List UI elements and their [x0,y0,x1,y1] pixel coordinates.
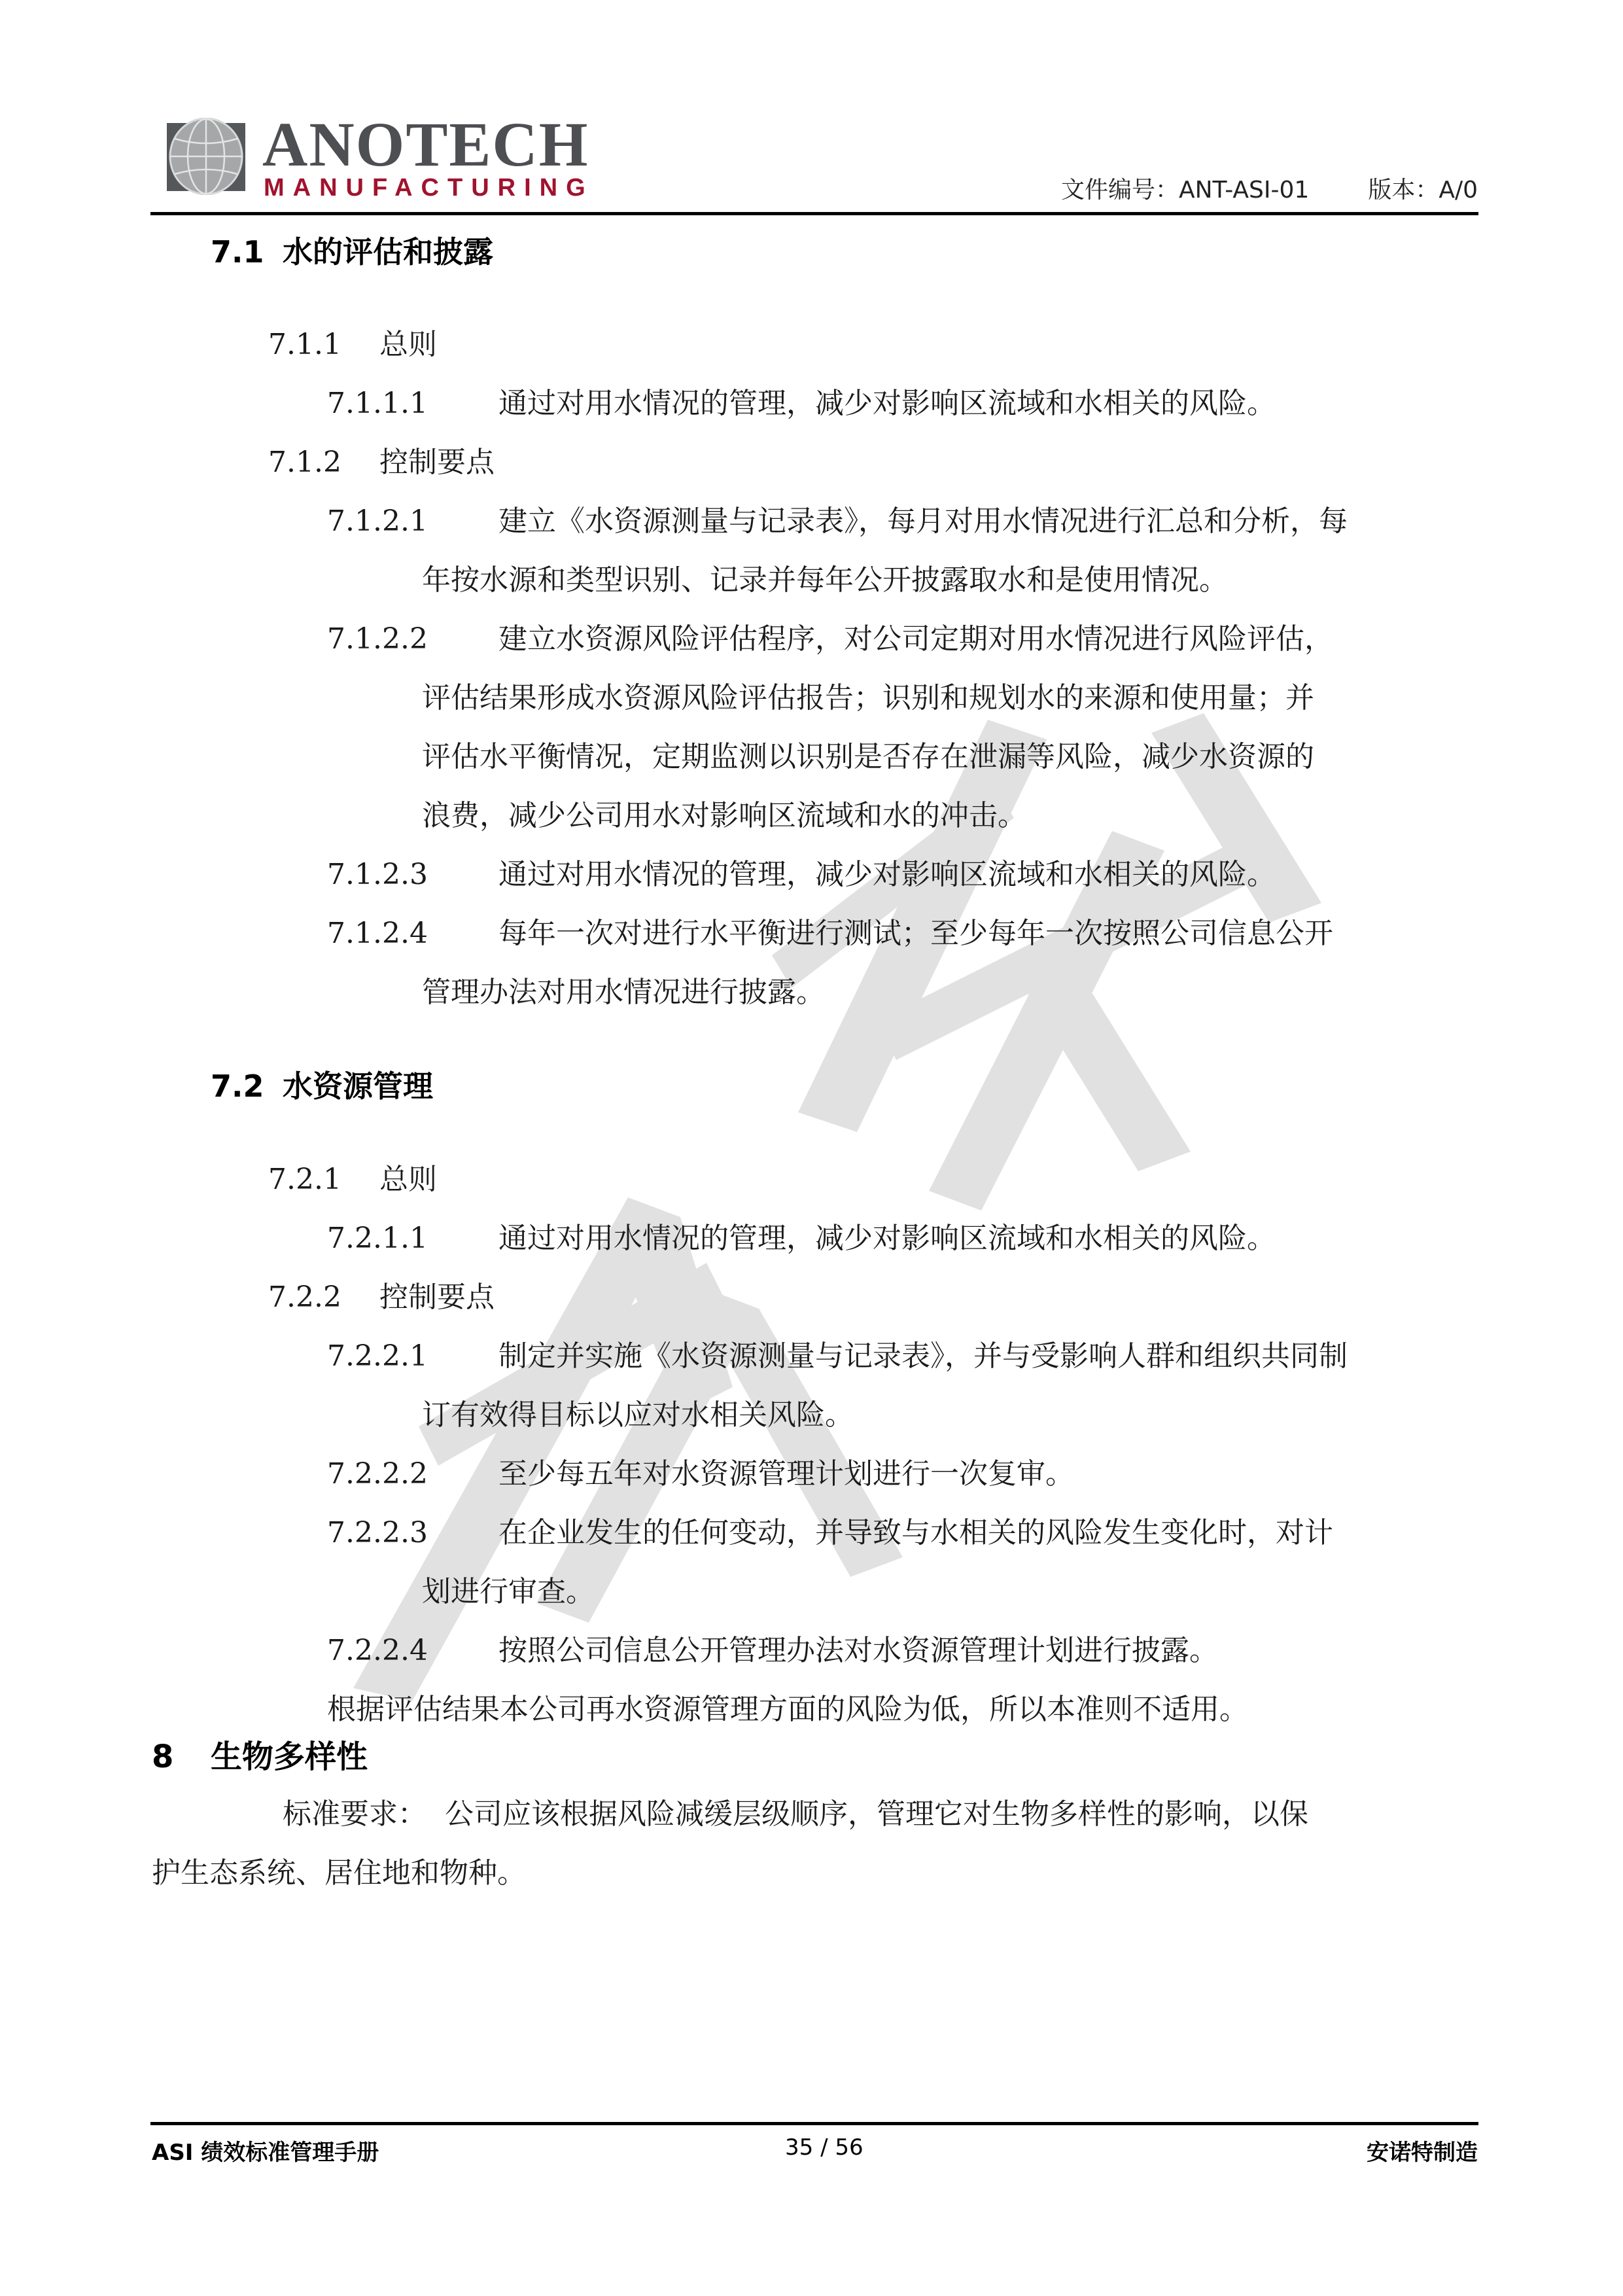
logo-wordmark: ANOTECH [262,112,589,177]
clause-7-2-2-1: 7.2.2.1制定并实施《水资源测量与记录表》，并与受影响人群和组织共同制 [327,1337,1348,1376]
clause-7-1-2-2-cont-2: 评估水平衡情况，定期监测以识别是否存在泄漏等风险，减少水资源的 [422,737,1314,777]
clause-7-1-2-4: 7.1.2.4每年一次对进行水平衡进行测试；至少每年一次按照公司信息公开 [327,914,1333,953]
section-8-requirement: 标准要求： 公司应该根据风险减缓层级顺序，管理它对生物多样性的影响，以保 [283,1795,1308,1834]
clause-7-2-1-1: 7.2.1.1通过对用水情况的管理，减少对影响区流域和水相关的风险。 [327,1219,1276,1258]
doc-number: ANT-ASI-01 [1179,177,1309,203]
version-value: A/0 [1439,177,1478,203]
section-heading-7-2: 7.2水资源管理 [211,1067,433,1106]
footer-manual-title: ASI 绩效标准管理手册 [152,2134,379,2166]
company-logo: ANOTECH MANUFACTURING [167,115,585,200]
section-8-requirement-cont: 护生态系统、居住地和物种。 [152,1854,526,1893]
subsection-heading-7-1-2: 7.1.2控制要点 [268,443,495,482]
header-divider [150,212,1478,215]
doc-number-label: 文件编号： [1061,177,1179,203]
clause-7-2-2-4: 7.2.2.4按照公司信息公开管理办法对水资源管理计划进行披露。 [327,1631,1218,1670]
clause-7-1-2-1-cont: 年按水源和类型识别、记录并每年公开披露取水和是使用情况。 [422,561,1228,600]
clause-7-1-2-3: 7.1.2.3通过对用水情况的管理，减少对影响区流域和水相关的风险。 [327,855,1276,894]
page-number: 35 / 56 [785,2134,864,2161]
logo-subtitle: MANUFACTURING [264,175,594,201]
document-meta: 文件编号：ANT-ASI-01版本：A/0 [1061,171,1478,205]
clause-7-1-2-2-cont-3: 浪费，减少公司用水对影响区流域和水的冲击。 [422,796,1026,836]
clause-7-1-2-4-cont: 管理办法对用水情况进行披露。 [422,973,825,1012]
section-heading-8: 8生物多样性 [152,1737,368,1776]
globe-icon [167,118,245,195]
clause-7-1-2-2: 7.1.2.2建立水资源风险评估程序，对公司定期对用水情况进行风险评估， [327,620,1333,659]
clause-7-2-2-3-cont: 划进行审查。 [422,1572,595,1612]
clause-7-2-2-2: 7.2.2.2至少每五年对水资源管理计划进行一次复审。 [327,1455,1074,1494]
clause-7-1-1-1: 7.1.1.1通过对用水情况的管理，减少对影响区流域和水相关的风险。 [327,384,1276,423]
subsection-heading-7-2-2: 7.2.2控制要点 [268,1278,495,1317]
footer-company-name: 安诺特制造 [1367,2134,1478,2166]
clause-7-1-2-1: 7.1.2.1建立《水资源测量与记录表》，每月对用水情况进行汇总和分析，每 [327,502,1348,541]
section-heading-7-1: 7.1水的评估和披露 [211,232,493,272]
clause-7-2-2-3: 7.2.2.3在企业发生的任何变动，并导致与水相关的风险发生变化时，对计 [327,1513,1333,1553]
subsection-heading-7-1-1: 7.1.1总则 [268,325,437,364]
clause-7-1-2-2-cont-1: 评估结果形成水资源风险评估报告；识别和规划水的来源和使用量；并 [422,679,1314,718]
page-current: 35 [785,2134,813,2161]
clause-7-2-2-1-cont: 订有效得目标以应对水相关风险。 [422,1396,854,1435]
version-label: 版本： [1368,177,1439,203]
subsection-heading-7-2-1: 7.2.1总则 [268,1160,437,1199]
footer-divider [150,2122,1478,2125]
section-7-2-conclusion: 根据评估结果本公司再水资源管理方面的风险为低，所以本准则不适用。 [327,1690,1248,1729]
page-total: 56 [835,2134,863,2161]
